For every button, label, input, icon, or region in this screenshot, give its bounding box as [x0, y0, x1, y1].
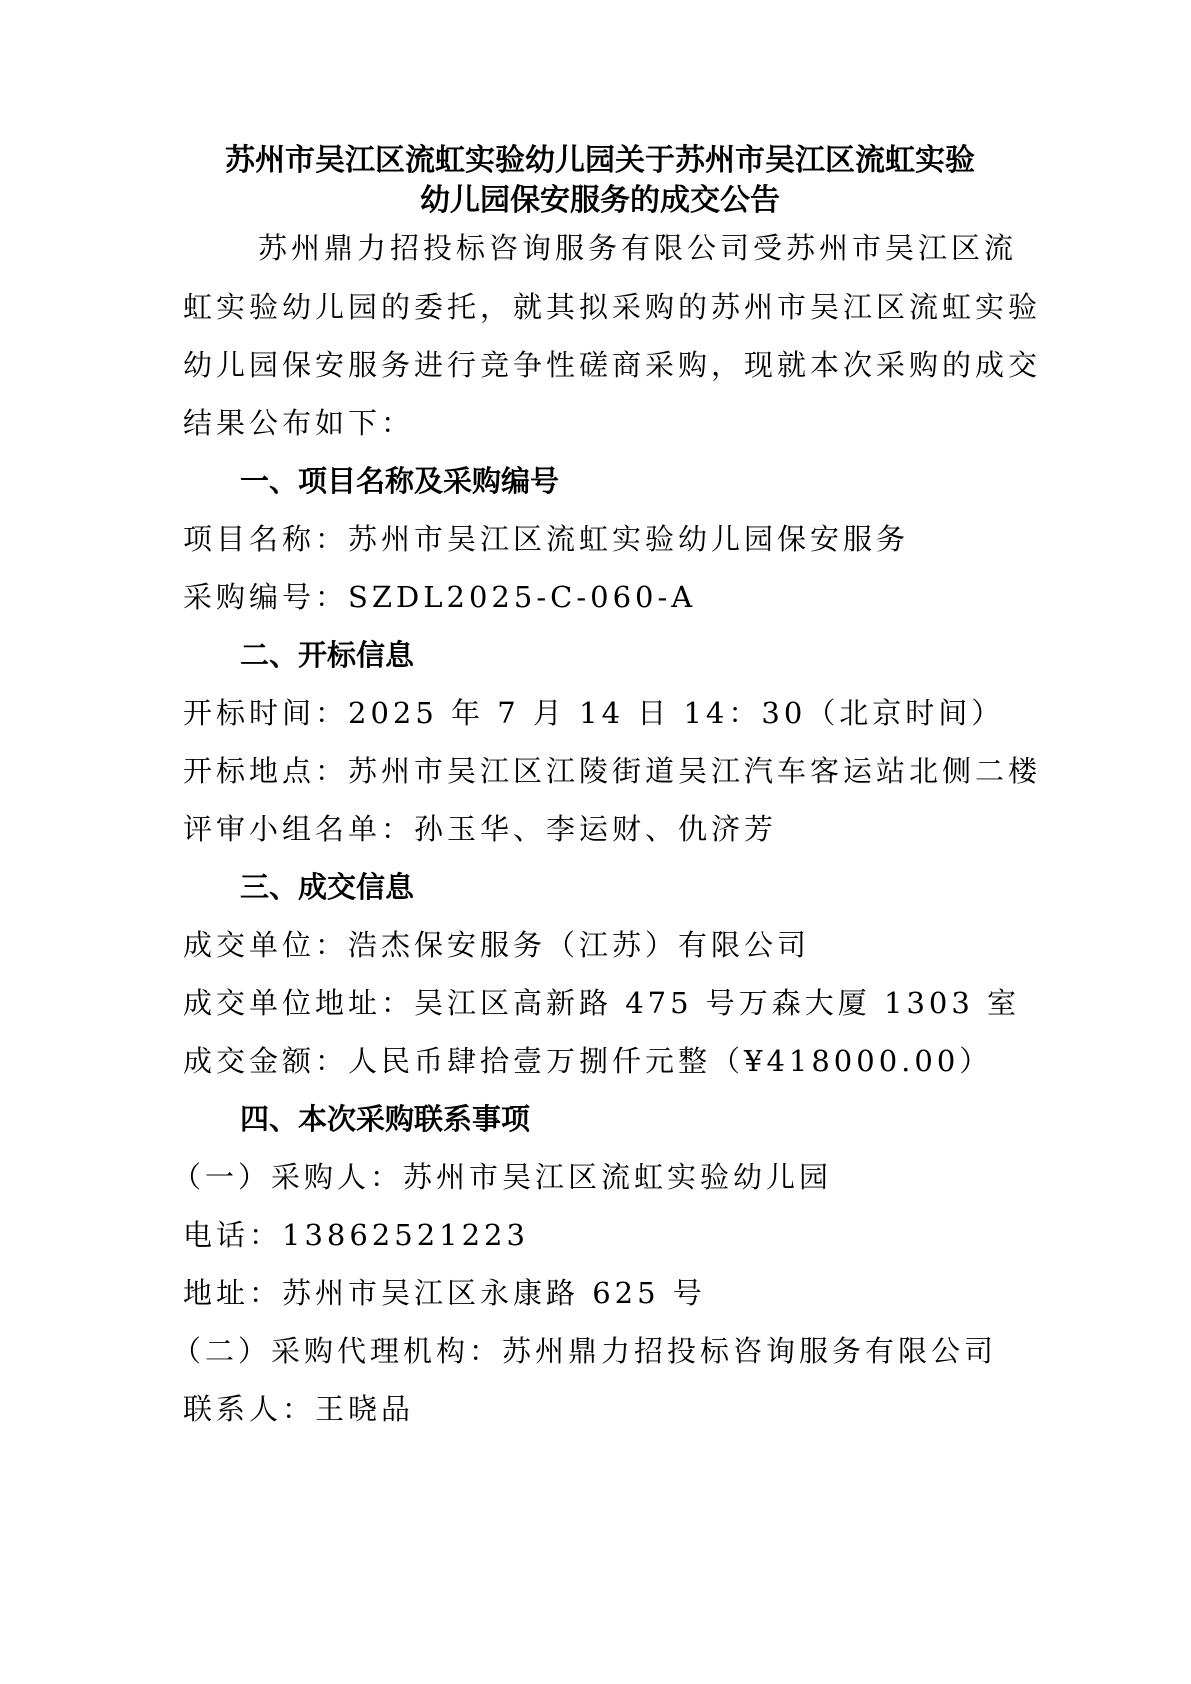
bid-opening-time: 开标时间：2025 年 7 月 14 日 14：30（北京时间）: [183, 693, 1004, 733]
purchaser-address: 地址：苏州市吴江区永康路 625 号: [183, 1273, 706, 1313]
section-heading-bid-opening: 二、开标信息: [240, 635, 414, 675]
section-heading-project: 一、项目名称及采购编号: [240, 461, 559, 501]
intro-paragraph-line-2: 虹实验幼儿园的委托，就其拟采购的苏州市吴江区流虹实验: [183, 287, 1041, 327]
document-title-line-2: 幼儿园保安服务的成交公告: [150, 180, 1050, 222]
review-panel-members: 评审小组名单：孙玉华、李运财、仇济芳: [183, 809, 777, 849]
purchaser: （一）采购人：苏州市吴江区流虹实验幼儿园: [172, 1157, 832, 1197]
intro-paragraph-line-1: 苏州鼎力招投标咨询服务有限公司受苏州市吴江区流: [258, 228, 1017, 268]
winning-bidder: 成交单位：浩杰保安服务（江苏）有限公司: [183, 925, 810, 965]
section-heading-award: 三、成交信息: [240, 867, 414, 907]
document-page: 苏州市吴江区流虹实验幼儿园关于苏州市吴江区流虹实验 幼儿园保安服务的成交公告 苏…: [0, 0, 1191, 1684]
agency-contact-person: 联系人：王晓品: [183, 1389, 414, 1429]
procurement-number: 采购编号：SZDL2025-C-060-A: [183, 577, 696, 617]
document-title-line-1: 苏州市吴江区流虹实验幼儿园关于苏州市吴江区流虹实验: [150, 140, 1050, 182]
project-name: 项目名称：苏州市吴江区流虹实验幼儿园保安服务: [183, 519, 909, 559]
intro-paragraph-line-3: 幼儿园保安服务进行竞争性磋商采购，现就本次采购的成交: [183, 345, 1041, 385]
procurement-agency: （二）采购代理机构：苏州鼎力招投标咨询服务有限公司: [172, 1331, 997, 1371]
winning-bidder-address: 成交单位地址：吴江区高新路 475 号万森大厦 1303 室: [183, 983, 1020, 1023]
intro-paragraph-line-4: 结果公布如下：: [183, 403, 414, 443]
award-amount: 成交金额：人民币肆拾壹万捌仟元整（¥418000.00）: [183, 1041, 992, 1081]
bid-opening-location: 开标地点：苏州市吴江区江陵街道吴江汽车客运站北侧二楼: [183, 751, 1041, 791]
section-heading-contacts: 四、本次采购联系事项: [240, 1099, 530, 1139]
purchaser-phone: 电话：13862521223: [183, 1215, 529, 1255]
